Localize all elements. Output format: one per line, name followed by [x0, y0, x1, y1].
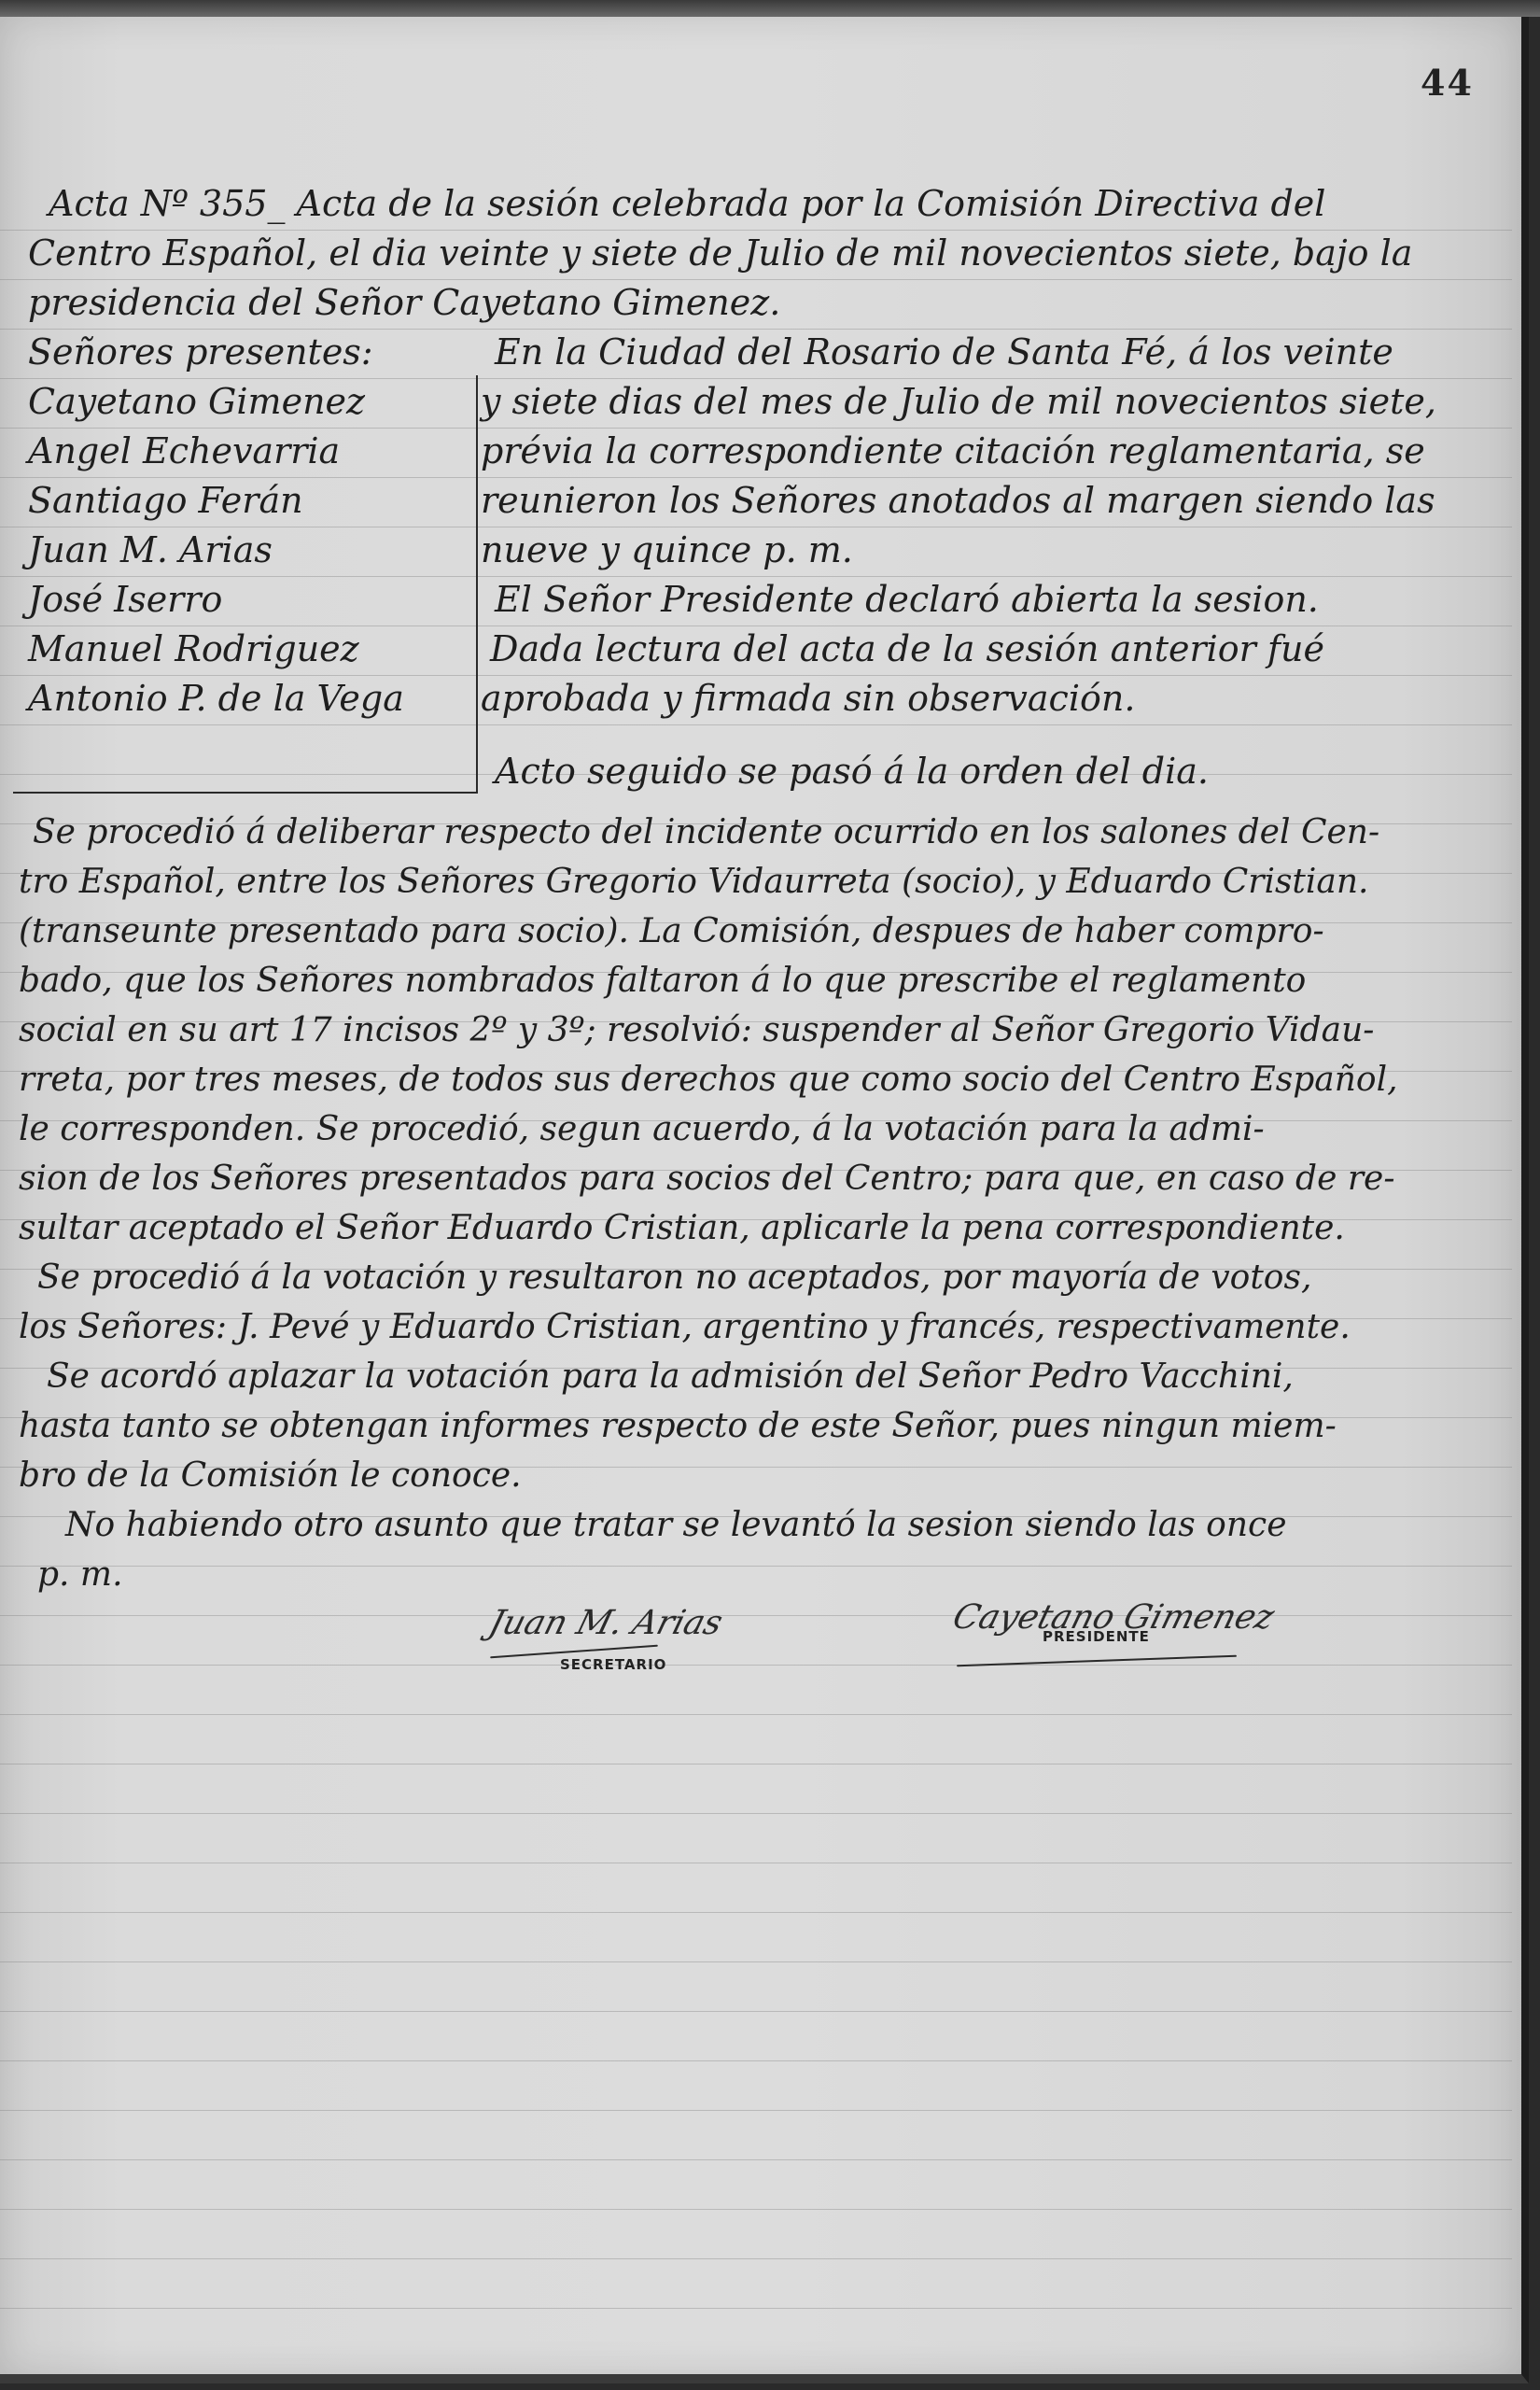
ruled-line: [0, 2308, 1512, 2309]
body-line: hasta tanto se obtengan informes respect…: [19, 1401, 1337, 1451]
opening-line: El Señor Presidente declaró abierta la s…: [495, 575, 1319, 625]
body-line: sion de los Señores presentados para soc…: [19, 1154, 1395, 1203]
attendees-label: Señores presentes:: [28, 328, 373, 377]
attendee-name: Cayetano Gimenez: [28, 377, 365, 427]
ruled-line: [0, 1615, 1512, 1616]
ruled-line: [0, 2209, 1512, 2210]
heading-line-1: Acta Nº 355_ Acta de la sesión celebrada…: [49, 179, 1325, 229]
opening-line: En la Ciudad del Rosario de Santa Fé, á …: [495, 328, 1393, 377]
body-line: bado, que los Señores nombrados faltaron…: [19, 956, 1306, 1005]
body-line: Se procedió á la votación y resultaron n…: [37, 1253, 1311, 1302]
opening-line: prévia la correspondiente citación regla…: [481, 427, 1425, 476]
attendees-box-bottom: [13, 792, 477, 794]
body-line: (transeunte presentado para socio). La C…: [19, 907, 1324, 956]
body-line: tro Español, entre los Señores Gregorio …: [19, 857, 1369, 907]
body-line: sultar aceptado el Señor Eduardo Cristia…: [19, 1203, 1345, 1253]
attendee-name: Manuel Rodriguez: [28, 625, 359, 674]
body-line: bro de la Comisión le conoce.: [19, 1451, 522, 1500]
ruled-line: [0, 1813, 1512, 1814]
ruled-line: [0, 2258, 1512, 2259]
heading-line-3: presidencia del Señor Cayetano Gimenez.: [28, 278, 780, 328]
body-line: rreta, por tres meses, de todos sus dere…: [19, 1055, 1398, 1104]
attendee-name: Angel Echevarria: [28, 427, 340, 476]
ruled-line: [0, 1714, 1512, 1715]
body-line: social en su art 17 incisos 2º y 3º; res…: [19, 1005, 1374, 1055]
attendees-box-divider: [476, 375, 478, 794]
attendee-name: Antonio P. de la Vega: [28, 674, 404, 724]
book-binding-shadow: [0, 0, 1540, 17]
ruled-line: [0, 724, 1512, 725]
body-line: Se procedió á deliberar respecto del inc…: [33, 808, 1379, 857]
ruled-line: [0, 1764, 1512, 1764]
opening-line: reunieron los Señores anotados al margen…: [481, 476, 1435, 526]
opening-line: nueve y quince p. m.: [481, 526, 853, 575]
president-stamp: PRESIDENTE: [1043, 1628, 1150, 1645]
body-line: No habiendo otro asunto que tratar se le…: [65, 1500, 1287, 1550]
body-line: le corresponden. Se procedió, segun acue…: [19, 1104, 1265, 1154]
opening-line: Acto seguido se pasó á la orden del dia.: [495, 747, 1209, 796]
attendee-name: Juan M. Arias: [28, 526, 273, 575]
ruled-line: [0, 1863, 1512, 1863]
page-number: 44: [1421, 62, 1474, 104]
opening-line: aprobada y firmada sin observación.: [481, 674, 1135, 724]
ruled-line: [0, 1665, 1512, 1666]
body-line: Se acordó aplazar la votación para la ad…: [47, 1352, 1294, 1401]
heading-line-2: Centro Español, el dia veinte y siete de…: [28, 229, 1412, 278]
attendee-name: Santiago Ferán: [28, 476, 303, 526]
ruled-line: [0, 1566, 1512, 1567]
opening-line: Dada lectura del acta de la sesión anter…: [490, 625, 1324, 674]
ruled-line: [0, 1912, 1512, 1913]
ruled-line: [0, 2011, 1512, 2012]
body-line: p. m.: [37, 1550, 123, 1599]
ruled-line: [0, 1961, 1512, 1962]
body-line: los Señores: J. Pevé y Eduardo Cristian,…: [19, 1302, 1351, 1352]
secretary-signature: Juan M. Arias: [485, 1604, 727, 1642]
ruled-line: [0, 2159, 1512, 2160]
opening-line: y siete dias del mes de Julio de mil nov…: [481, 377, 1436, 427]
ruled-line: [0, 2060, 1512, 2061]
attendee-name: José Iserro: [28, 575, 222, 625]
secretary-stamp: SECRETARIO: [560, 1656, 666, 1673]
ruled-line: [0, 2110, 1512, 2111]
